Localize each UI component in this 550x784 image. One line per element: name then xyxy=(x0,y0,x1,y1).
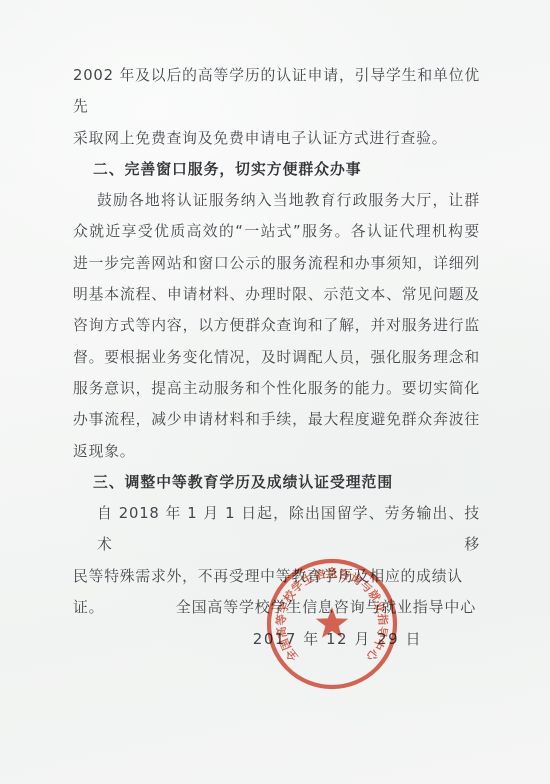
document-body: 2002 年及以后的高等学历的认证申请，引导学生和单位优先采取网上免费查询及免费… xyxy=(73,60,480,623)
text-line: 二、完善窗口服务，切实方便群众办事 xyxy=(73,154,480,185)
section-heading: 三、调整中等教育学历及成绩认证受理范围 xyxy=(73,467,480,498)
text-line: 2002 年及以后的高等学历的认证申请，引导学生和单位优先 xyxy=(73,60,480,123)
paragraph: 2002 年及以后的高等学历的认证申请，引导学生和单位优先采取网上免费查询及免费… xyxy=(73,60,480,154)
text-line: 督。要根据业务变化情况，及时调配人员，强化服务理念和 xyxy=(73,342,480,373)
text-line: 服务意识，提高主动服务和个性化服务的能力。要切实简化 xyxy=(73,373,480,404)
signature-block: 全国高等学校学生信息咨询与就业指导中心 2017 年 12 月 29 日 xyxy=(73,591,480,656)
signature-date: 2017 年 12 月 29 日 xyxy=(73,623,480,656)
text-line: 返现象。 xyxy=(73,436,480,467)
text-line: 自 2018 年 1 月 1 日起，除出国留学、劳务输出、技术移 xyxy=(73,498,480,561)
section-heading: 二、完善窗口服务，切实方便群众办事 xyxy=(73,154,480,185)
signature-org-name: 全国高等学校学生信息咨询与就业指导中心 xyxy=(73,591,480,623)
text-line: 明基本流程、申请材料、办理时限、示范文本、常见问题及 xyxy=(73,279,480,310)
document-page: 2002 年及以后的高等学历的认证申请，引导学生和单位优先采取网上免费查询及免费… xyxy=(0,0,550,784)
text-line: 办事流程，减少申请材料和手续，最大程度避免群众奔波往 xyxy=(73,404,480,435)
text-line: 进一步完善网站和窗口公示的服务流程和办事须知，详细列 xyxy=(73,248,480,279)
text-line: 鼓励各地将认证服务纳入当地教育行政服务大厅，让群 xyxy=(73,185,480,216)
text-line: 三、调整中等教育学历及成绩认证受理范围 xyxy=(73,467,480,498)
text-line: 咨询方式等内容，以方便群众查询和了解，并对服务进行监 xyxy=(73,310,480,341)
text-line: 采取网上免费查询及免费申请电子认证方式进行查验。 xyxy=(73,123,480,154)
paragraph: 鼓励各地将认证服务纳入当地教育行政服务大厅，让群众就近享受优质高效的“一站式”服… xyxy=(73,185,480,467)
text-line: 众就近享受优质高效的“一站式”服务。各认证代理机构要 xyxy=(73,216,480,247)
